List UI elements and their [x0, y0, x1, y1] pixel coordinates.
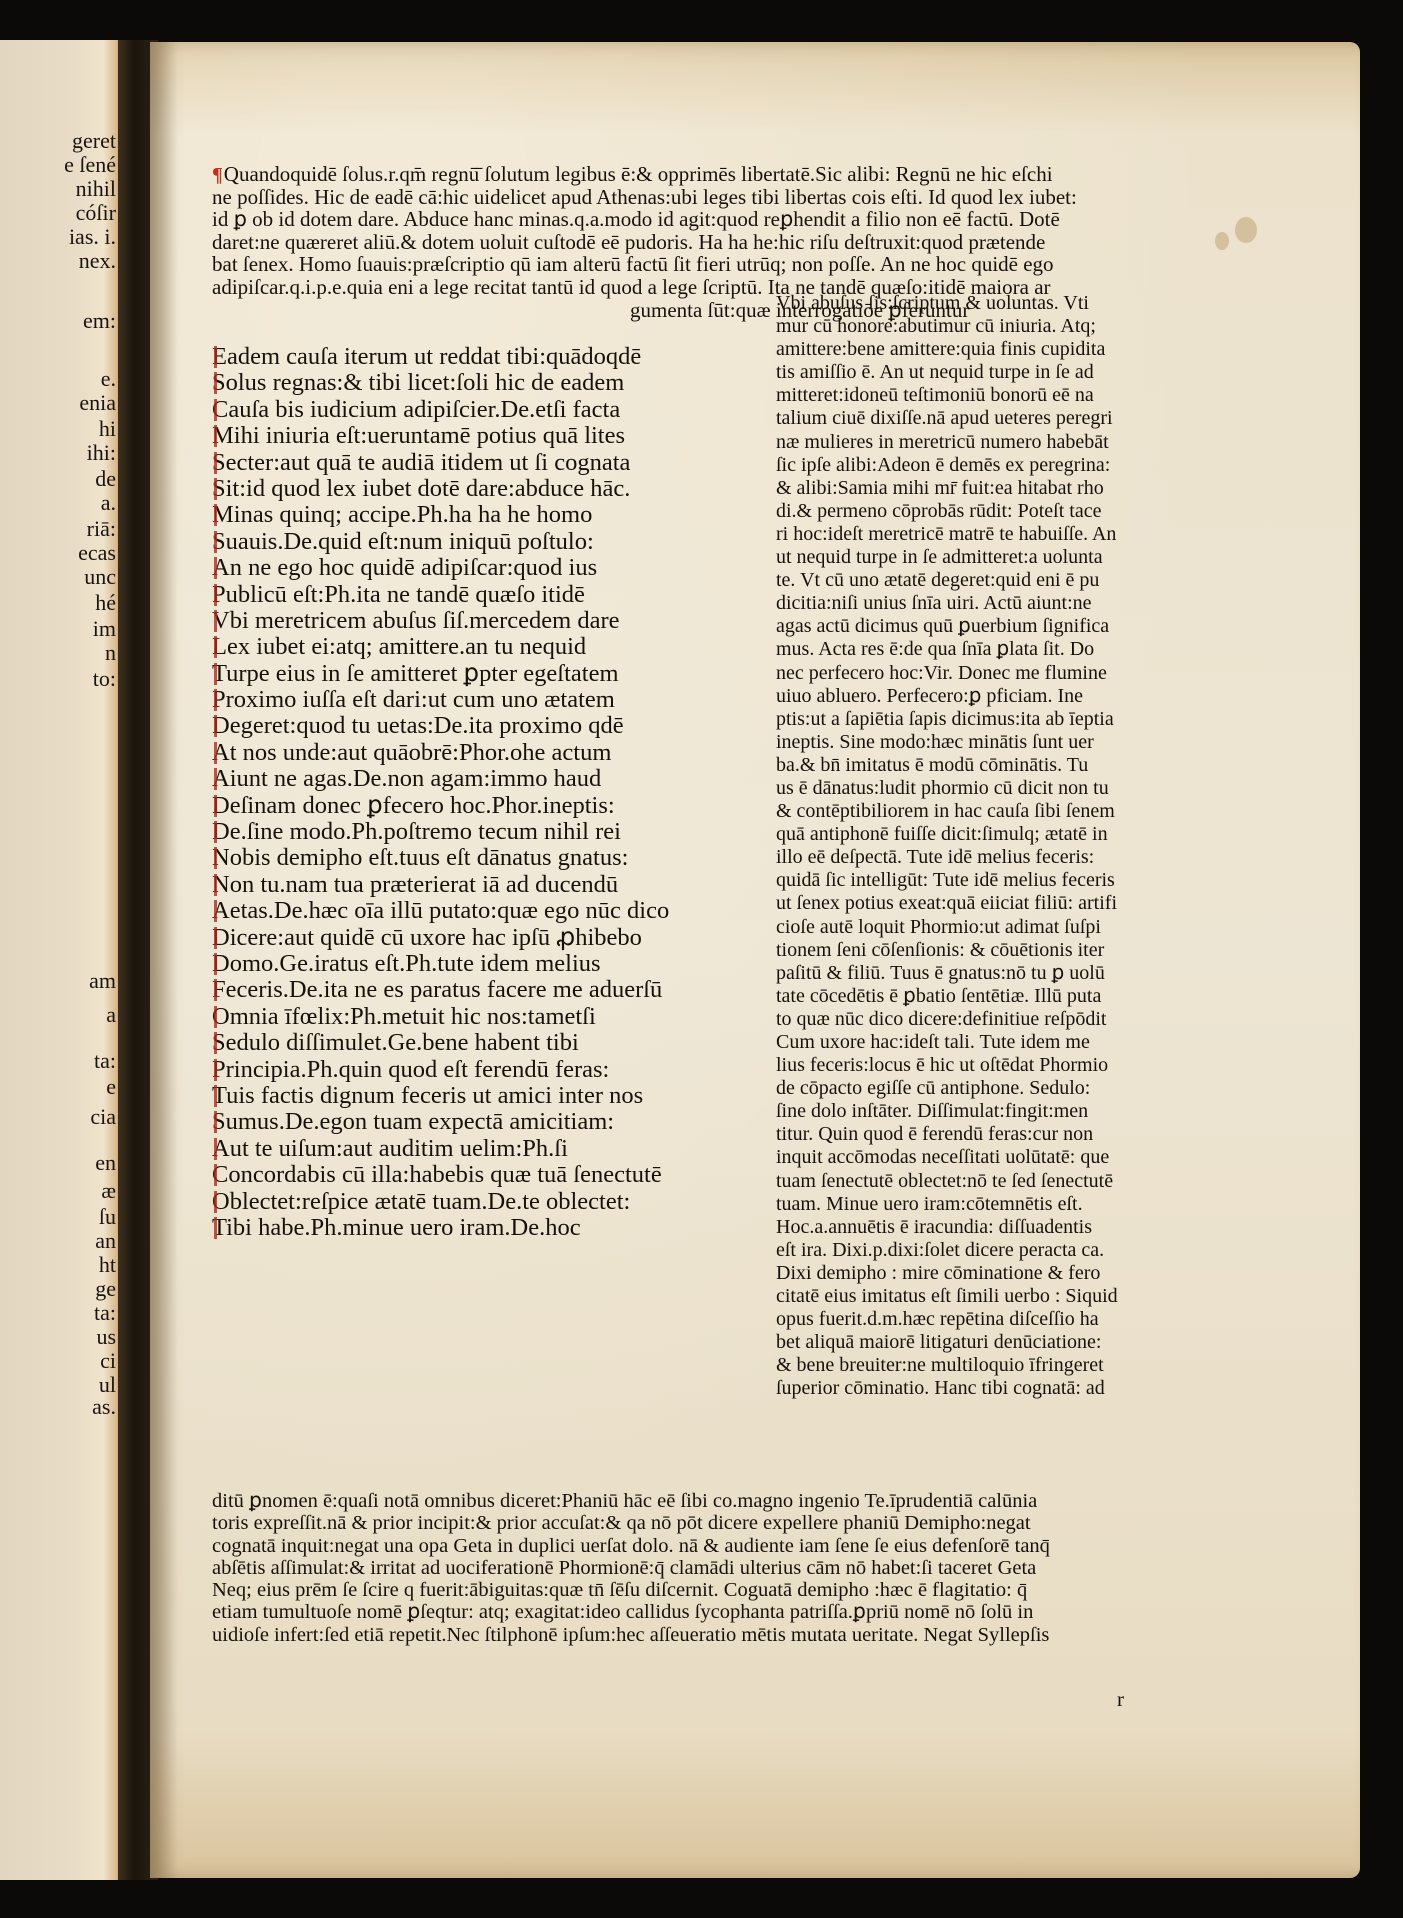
facing-page-text-fragment: ta:: [94, 1302, 116, 1324]
verse-line: Cauſa bis iudicium adipiſcier.De.etſi fa…: [212, 397, 669, 423]
facing-page-text-fragment: a.: [101, 492, 116, 514]
verse-line: Aut te uiſum:aut auditim uelim:Ph.ſi: [212, 1136, 669, 1162]
facing-page-text-fragment: ecas: [78, 542, 116, 564]
commentary-line: tionem ſeni cōſenſionis: & cōuētionis it…: [776, 939, 1118, 962]
verse-line: Tuis factis dignum feceris ut amici inte…: [212, 1083, 669, 1109]
commentary-line: uidioſe infert:ſed etiā repetit.Nec ſtil…: [212, 1624, 1050, 1646]
foxing-stain: [1215, 232, 1229, 250]
verse-line: Minas quinq; accipe.Ph.ha ha he homo: [212, 502, 669, 528]
commentary-line: titur. Quin quod ē ferendū feras:cur non: [776, 1123, 1118, 1146]
facing-page-text-fragment: unc: [84, 566, 116, 588]
commentary-line: tuam ſenectutē oblectet:nō te ſed ſenect…: [776, 1170, 1118, 1193]
verse-line: Sit:id quod lex iubet dotē dare:abduce h…: [212, 476, 669, 502]
facing-page-text-fragment: to:: [93, 668, 116, 690]
verse-line: Proximo iuſſa eſt dari:ut cum uno ætatem: [212, 687, 669, 713]
commentary-line: citatē eius imitatus eſt ſimili uerbo : …: [776, 1285, 1118, 1308]
verse-line: Oblectet:reſpice ætatē tuam.De.te oblect…: [212, 1189, 669, 1215]
commentary-line: ptis:ut a ſapiētia ſapis dicimus:ita ab …: [776, 708, 1118, 731]
verse-line: Eadem cauſa iterum ut reddat tibi:quādoq…: [212, 344, 669, 370]
commentary-line: di.& permeno cōprobās rūdit: Poteſt tace: [776, 500, 1118, 523]
signature-mark: r: [1117, 1687, 1124, 1712]
commentary-line: ſine dolo inſtāter. Diſſimulat:fingit:me…: [776, 1100, 1118, 1123]
verse-line: Sumus.De.egon tuam expectā amicitiam:: [212, 1109, 669, 1135]
verse-line: Solus regnas:& tibi licet:ſoli hic de ea…: [212, 370, 669, 396]
verse-line: Vbi meretricem abuſus ſiſ.mercedem dare: [212, 608, 669, 634]
facing-page-text-fragment: n: [105, 642, 116, 664]
foxing-stain: [1235, 217, 1257, 243]
commentary-line: talium ciuē dixiſſe.nā apud ueteres pere…: [776, 407, 1118, 430]
commentary-line: tate cōcedētis ē ꝑbatio ſentētiæ. Illū p…: [776, 985, 1118, 1008]
facing-page-text-fragment: e.: [101, 368, 116, 390]
verse-line: Concordabis cū illa:habebis quæ tuā ſene…: [212, 1162, 669, 1188]
commentary-line: ut ſenex potius exeat:quā eiiciat filiū:…: [776, 892, 1118, 915]
verse-line: Degeret:quod tu uetas:De.ita proximo qdē: [212, 713, 669, 739]
commentary-line: agas actū dicimus quū ꝑuerbium ſignifica: [776, 615, 1118, 638]
facing-page-text-fragment: ias. i.: [69, 226, 116, 248]
commentary-line: id ꝑ ob id dotem dare. Abduce hanc minas…: [212, 208, 1162, 231]
facing-page-left: gerete ſenénihilcóſirias. i.nex.em:e.eni…: [0, 40, 122, 1880]
commentary-line: opus fuerit.d.m.hæc repētina diſceſſio h…: [776, 1308, 1118, 1331]
verse-line: An ne ego hoc quidē adipiſcar:quod ius: [212, 555, 669, 581]
commentary-line: & contēptibiliorem in hac cauſa ſibi ſen…: [776, 800, 1118, 823]
verse-line: Secter:aut quā te audiā itidem ut ſi cog…: [212, 450, 669, 476]
facing-page-text-fragment: im: [93, 618, 116, 640]
commentary-line: paſitū & filiū. Tuus ē gnatus:nō tu ꝑ uo…: [776, 962, 1118, 985]
commentary-line: tis amiſſio ē. An ut nequid turpe in ſe …: [776, 361, 1118, 384]
commentary-line: tuam. Minue uero iram:cōtemnētis eſt.: [776, 1193, 1118, 1216]
commentary-line: ineptis. Sine modo:hæc minātis ſunt uer: [776, 731, 1118, 754]
commentary-line: ri hoc:ideſt meretricē matrē te habuiſſe…: [776, 523, 1118, 546]
commentary-line: bat ſenex. Homo ſuauis:præſcriptio qū ia…: [212, 253, 1162, 276]
commentary-line: Dixi demipho : mire cōminatione & fero: [776, 1262, 1118, 1285]
commentary-line: uiuo abluero. Perfecero:ꝑ pficiam. Ine: [776, 685, 1118, 708]
commentary-line: toris expreſſit.nā & prior incipit:& pri…: [212, 1512, 1050, 1534]
commentary-line: inquit accōmodas neceſſitati uolūtatē: q…: [776, 1146, 1118, 1169]
commentary-line: ¶Quandoquidē ſolus.r.qm̄ regnū̄ ſolutum …: [212, 163, 1162, 186]
commentary-line: nec perfecero hoc:Vir. Donec me flumine: [776, 662, 1118, 685]
commentary-line: cognatā inquit:negat una opa Geta in dup…: [212, 1535, 1050, 1557]
main-verse-text: Eadem cauſa iterum ut reddat tibi:quādoq…: [212, 344, 669, 1241]
verse-line: Feceris.De.ita ne es paratus facere me a…: [212, 977, 669, 1003]
commentary-line: & bene breuiter:ne multiloquio īfringere…: [776, 1354, 1118, 1377]
page-curl-shadow: [150, 42, 178, 1878]
facing-page-text-fragment: ci: [100, 1350, 116, 1372]
facing-page-text-fragment: de: [95, 468, 116, 490]
verse-line: Publicū eſt:Ph.ita ne tandē quæſo itidē: [212, 582, 669, 608]
commentary-line: næ mulieres in meretricū numero habebāt: [776, 431, 1118, 454]
commentary-line: ditū ꝑnomen ē:quaſi notā omnibus diceret…: [212, 1490, 1050, 1512]
facing-page-text-fragment: ul: [99, 1374, 116, 1396]
facing-page-text-fragment: e ſené: [64, 154, 116, 176]
verse-line: At nos unde:aut quāobrē:Phor.ohe actum: [212, 740, 669, 766]
commentary-line: amittere:bene amittere:quia finis cupidi…: [776, 338, 1118, 361]
commentary-line: Cum uxore hac:ideſt tali. Tute idem me: [776, 1031, 1118, 1054]
commentary-line: dicitia:niſi unius ſnīa uiri. Actū aiunt…: [776, 592, 1118, 615]
commentary-line: cioſe autē loquit Phormio:ut adimat ſuſp…: [776, 916, 1118, 939]
facing-page-text-fragment: enia: [79, 392, 116, 414]
commentary-line: daret:ne quæreret aliū.& dotem uoluit cu…: [212, 231, 1162, 254]
commentary-line: ut nequid turpe in ſe admitteret:a uolun…: [776, 546, 1118, 569]
commentary-line: lius feceris:locus ē hic ut oſtēdat Phor…: [776, 1054, 1118, 1077]
commentary-line: etiam tumultuoſe nomē ꝑſeqtur: atq; exag…: [212, 1601, 1050, 1623]
commentary-line: us ē dānatus:ludit phormio cū dicit non …: [776, 777, 1118, 800]
facing-page-text-fragment: nex.: [79, 250, 116, 272]
facing-page-text-fragment: cóſir: [76, 202, 116, 224]
commentary-line: Neq; eius prēm ſe ſcire q fuerit:ābiguit…: [212, 1579, 1050, 1601]
commentary-line: de cōpacto egiſſe cū antiphone. Sedulo:: [776, 1077, 1118, 1100]
bottom-commentary-block: ditū ꝑnomen ē:quaſi notā omnibus diceret…: [212, 1490, 1050, 1646]
facing-page-text-fragment: ihi:: [87, 442, 116, 464]
commentary-line: abſētis aſſimulat:& irritat ad uociferat…: [212, 1557, 1050, 1579]
commentary-line: Vbi abuſus ſis:ſcriptum & uoluntas. Vti: [776, 292, 1118, 315]
facing-page-text-fragment: geret: [72, 130, 116, 152]
verse-line: Deſinam donec ꝑfecero hoc.Phor.ineptis:: [212, 793, 669, 819]
verse-line: Sedulo diſſimulet.Ge.bene habent tibi: [212, 1030, 669, 1056]
facing-page-text-fragment: hé: [95, 592, 116, 614]
facing-page-text-fragment: en: [95, 1152, 116, 1174]
commentary-line: quā antiphonē fuiſſe dicit:ſimulq; ætatē…: [776, 823, 1118, 846]
commentary-line: ne poſſides. Hic de eadē cā:hic uidelice…: [212, 186, 1162, 209]
facing-page-text-fragment: ſu: [99, 1206, 116, 1228]
verse-line: Aiunt ne agas.De.non agam:immo haud: [212, 766, 669, 792]
facing-page-text-fragment: ge: [95, 1278, 116, 1300]
verse-line: Principia.Ph.quin quod eſt ferendū feras…: [212, 1057, 669, 1083]
commentary-line: quidā ſic intelligūt: Tute idē melius fe…: [776, 869, 1118, 892]
facing-page-text-fragment: e: [106, 1076, 116, 1098]
commentary-line: te. Vt cū uno ætatē degeret:quid eni ē p…: [776, 569, 1118, 592]
verse-line: Omnia īfœlix:Ph.metuit hic nos:tametſi: [212, 1004, 669, 1030]
facing-page-text-fragment: am: [89, 970, 116, 992]
facing-page-text-fragment: an: [95, 1230, 116, 1252]
facing-page-text-fragment: a: [106, 1004, 116, 1026]
facing-page-text-fragment: ht: [99, 1254, 116, 1276]
verse-line: Mihi iniuria eſt:ueruntamē potius quā li…: [212, 423, 669, 449]
facing-page-text-fragment: nihil: [76, 178, 116, 200]
commentary-line: Hoc.a.annuētis ē iracundia: diſſuadentis: [776, 1216, 1118, 1239]
verse-line: Lex iubet ei:atq; amittere.an tu nequid: [212, 634, 669, 660]
verse-line: Turpe eius in ſe amitteret ꝑpter egeſtat…: [212, 661, 669, 687]
facing-page-text-fragment: as.: [92, 1396, 116, 1418]
facing-page-text-fragment: hi: [99, 418, 116, 440]
side-commentary-column: Vbi abuſus ſis:ſcriptum & uoluntas. Vtim…: [776, 292, 1118, 1401]
commentary-line: ſic ipſe alibi:Adeon ē demēs ex peregrin…: [776, 454, 1118, 477]
facing-page-text-fragment: æ: [101, 1180, 116, 1202]
facing-page-text-fragment: ta:: [94, 1050, 116, 1072]
commentary-line: mitteret:idoneū teſtimoniū bonorū eē na: [776, 384, 1118, 407]
commentary-line: eſt ira. Dixi.p.dixi:ſolet dicere peract…: [776, 1239, 1118, 1262]
verse-line: De.ſine modo.Ph.poſtremo tecum nihil rei: [212, 819, 669, 845]
facing-page-text-fragment: cia: [90, 1106, 116, 1128]
commentary-line: ſuperior cōminatio. Hanc tibi cognatā: a…: [776, 1377, 1118, 1400]
facing-page-text-fragment: riā:: [87, 518, 116, 540]
commentary-line: & alibi:Samia mihi mr̄ fuit:ea hitabat r…: [776, 477, 1118, 500]
facing-page-text-fragment: us: [96, 1326, 116, 1348]
facing-page-text-fragment: em:: [83, 310, 116, 332]
commentary-line: bet aliquā maiorē litigaturi denūciation…: [776, 1331, 1118, 1354]
commentary-line: mus. Acta res ē:de qua ſnīa ꝑlata ſit. D…: [776, 638, 1118, 661]
verse-line: Suauis.De.quid eſt:num iniquū poſtulo:: [212, 529, 669, 555]
verse-line: Dicere:aut quidē cū uxore hac ipſū ꝓhibe…: [212, 925, 669, 951]
commentary-line: to quæ nūc dico dicere:definitiue reſpōd…: [776, 1008, 1118, 1031]
commentary-line: mur cū honore:abutimur cū iniuria. Atq;: [776, 315, 1118, 338]
verse-line: Domo.Ge.iratus eſt.Ph.tute idem melius: [212, 951, 669, 977]
verse-line: Tibi habe.Ph.minue uero iram.De.hoc: [212, 1215, 669, 1241]
verse-line: Nobis demipho eſt.tuus eſt dānatus gnatu…: [212, 845, 669, 871]
commentary-line: ba.& bn̄ imitatus ē modū cōminātis. Tu: [776, 754, 1118, 777]
verse-line: Non tu.nam tua præterierat iā ad ducendū: [212, 872, 669, 898]
commentary-line: illo eē deſpectā. Tute idē melius feceri…: [776, 846, 1118, 869]
verse-line: Aetas.De.hæc oīa illū putato:quæ ego nūc…: [212, 898, 669, 924]
paragraph-mark-icon: ¶: [212, 164, 223, 187]
